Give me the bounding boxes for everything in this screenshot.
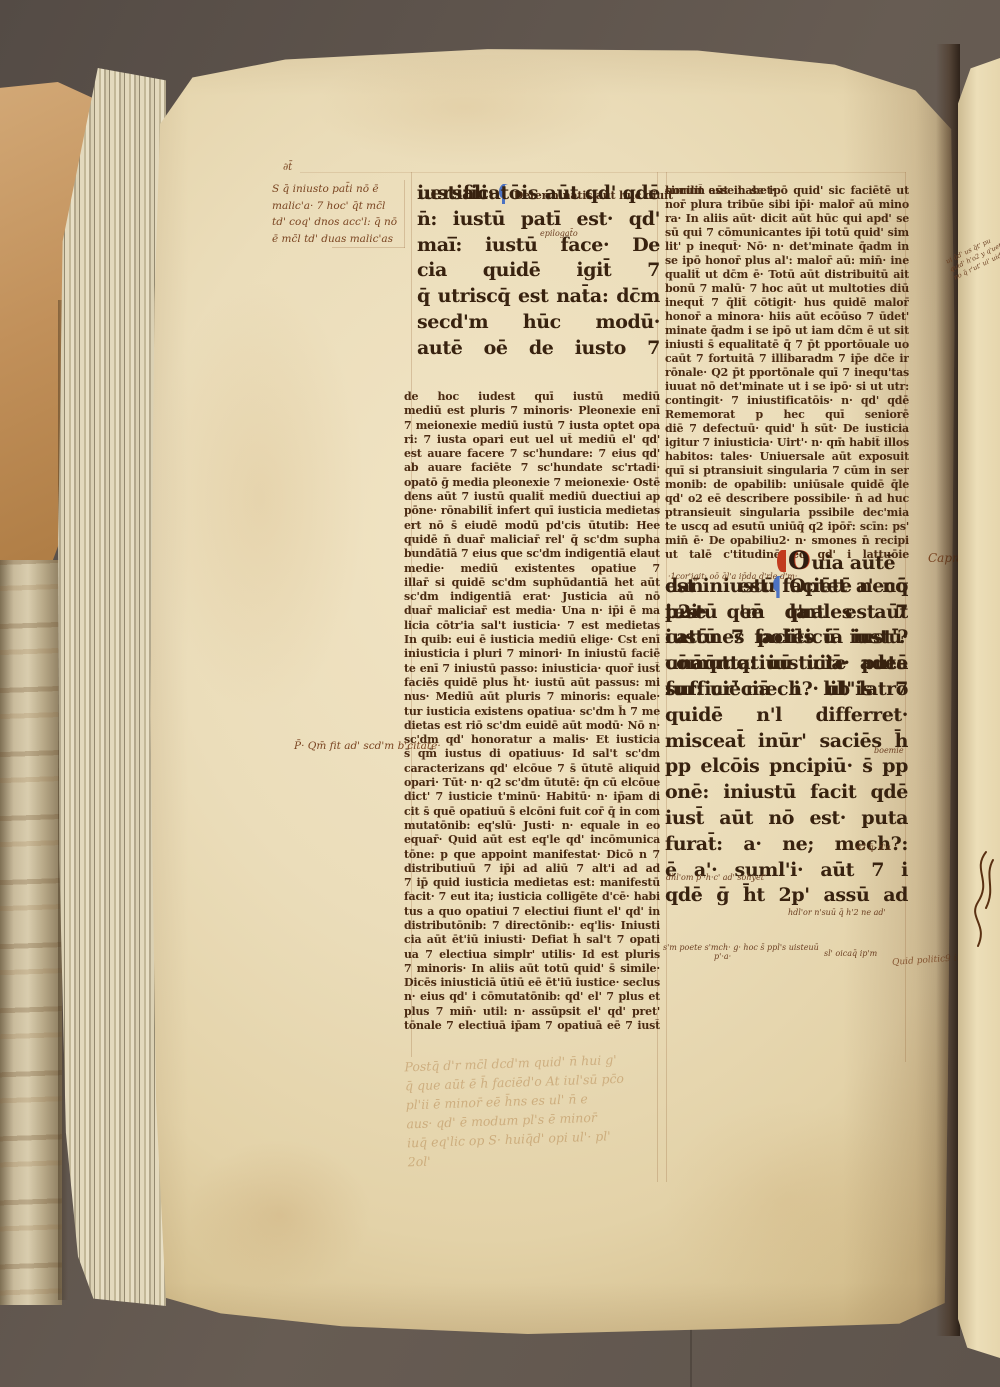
text-line: tere q'm q'nt est 7 simpliat̄ bbox=[665, 600, 908, 626]
text-line: s̄ qm̄ iustus di opatiuus· Id sal't sc'd… bbox=[404, 747, 660, 761]
initial-line: O uia autē bbox=[665, 548, 908, 574]
text-line: distributiuū 7 ip̄i ad aliū 7 alt'i ad a… bbox=[404, 862, 660, 876]
text-line: medie· mediū existentes opatiue 7 electi… bbox=[404, 562, 660, 576]
text-line: facit· 7 eut ita; iusticia colligēte d'c… bbox=[404, 890, 660, 904]
text-line: cōmuttatiuū uite adeē pse bbox=[665, 651, 908, 677]
gutter-shadow bbox=[936, 44, 960, 1336]
text-line: iustū 7 politicū iustū· Hoc ā bbox=[665, 625, 908, 651]
page-stack-edges bbox=[56, 68, 166, 1306]
text-line: mai̅: iustū face· De iusti bbox=[417, 233, 660, 259]
interlinear-gloss: ·1cor'igit· oō q̄l'a ip̄da d'rle d'm· bbox=[668, 572, 797, 581]
text-line: duar̄ maliciar̄ est media· Una n· ip̄i ē… bbox=[404, 604, 660, 618]
text-line: nus· Mediū aūt pluris 7 minoris: equale· bbox=[404, 690, 660, 704]
text-line: iustificatōis aūt qd' qdē iu bbox=[417, 181, 660, 207]
text-line: n· eius qd' i cōmutatōnib: qd' el' 7 plu… bbox=[404, 990, 660, 1004]
manuscript-photo: iustificatōis aūt qd' qdē iun̄: iustū pa… bbox=[0, 0, 1000, 1387]
text-line: misceat̄ inūr' saciēs h̄ ciu s̄ h̄ bbox=[665, 729, 908, 755]
text-line: rōnale· Q2 p̄t pportōnale quī 7 inequ'ta… bbox=[665, 366, 909, 380]
text-line: ptransieuit singularia pssibile dec'mia bbox=[665, 506, 909, 520]
right-column-small-text: similit̄ aūt in se ipō quid' sic faciētē… bbox=[665, 184, 909, 198]
text-line: sufficiēciā i lib'is 7 eq'libus bbox=[665, 677, 908, 703]
text-line: cia aūt ēt'iū iniusti· Defiat h̄ sal't 7… bbox=[404, 933, 660, 947]
text-line: ert nō s̄ eiudē modū pd'cis ūtutib: Hee bbox=[404, 519, 660, 533]
text-line: ra· In aliis aūt· dicit aūt hūc qui apd'… bbox=[665, 212, 909, 226]
margin-note-line: td' coq' dnos acc'l: q̄ nō bbox=[272, 214, 410, 231]
ruling-line-horizontal bbox=[300, 172, 906, 173]
text-line: tōnale 7 electiuā ip̄am 7 opatiuā eē 7 i… bbox=[404, 1019, 660, 1033]
text-line: mediū est pluris 7 minoris· Pleonexie en… bbox=[404, 404, 660, 418]
interlinear-gloss: p'·a· bbox=[714, 952, 731, 961]
parchment-stain bbox=[160, 250, 410, 870]
red-paraph-icon bbox=[777, 550, 786, 572]
decorated-initial: O bbox=[788, 548, 809, 574]
text-line: opatō ḡ media pleonexie 7 meionexie· Ost… bbox=[404, 476, 660, 490]
text-line: caūt 7 fortuitā 7 illibaradm 7 ip̄e dc̄e… bbox=[665, 352, 909, 366]
text-line: qualit̄ ut dc̄m ē· Totū aūt distribuitū … bbox=[665, 268, 909, 282]
text-line: igitur 7 iniusticia· Uirt'· n· qm̄ habit… bbox=[665, 436, 909, 450]
margin-note-line: S q̄ iniusto pat̄i nō ē bbox=[272, 181, 410, 198]
interlinear-gloss: s'm poete s'mch· g· hoc s̄ ppl's uisteuū bbox=[663, 943, 819, 952]
interlinear-gloss: sl' oicaq̄ ip'm bbox=[824, 949, 877, 958]
text-line: quidē n'l differret· eteni si cō bbox=[665, 703, 908, 729]
text-line: qdē ḡ h̄t 2p' assū ad iustū: bbox=[665, 883, 908, 909]
text-line: n̄: iustū patī est· qd' autē bbox=[417, 207, 660, 233]
text-line: autē oē de iusto 7 iniusto uni bbox=[417, 336, 660, 362]
text-line: lit' p inequt̄· Nō· n· det'minate q̄adm … bbox=[665, 240, 909, 254]
parchment-stain bbox=[165, 1120, 395, 1310]
interlinear-gloss: hdl'or n'suū q̄ h'2 ne ad' bbox=[788, 908, 886, 917]
text-line: dict' 7 iusticie t'minū· Habitū· n· ip̄a… bbox=[404, 790, 660, 804]
text-line: quī si ptransiuit singularia 7 cūm in se… bbox=[665, 464, 909, 478]
margin-note-line: ē mc̄l td' duas malic'as bbox=[272, 231, 410, 248]
text-line: licia cōtr'ia sal't iusticia· 7 est medi… bbox=[404, 619, 660, 633]
text-line: inequt̄ 7 q̄lit̄ cōtigit· hus quidē malo… bbox=[665, 296, 909, 310]
text-line: diē 7 defectuū· quid' h̄ sūt· De iustici… bbox=[665, 422, 909, 436]
text-line: distributōnib: 7 directōnib:· eq'lis· In… bbox=[404, 919, 660, 933]
interlinear-gloss: epilogat̄o bbox=[540, 229, 578, 238]
text-line: sū qui 7 cōmunicantes ip̄i totū quid' si… bbox=[665, 226, 909, 240]
text-line: te enī 7 iniustū passo: iniusticia· quor… bbox=[404, 662, 660, 676]
text-line: pōne· rōnabilit̄ infert quī iusticia med… bbox=[404, 504, 660, 518]
erased-annotation-block: Postq̄ d'r mc̄l dcd'm quid' n̄ hui g'q̄ … bbox=[404, 1047, 718, 1172]
interlinear-gloss: dhl'om p'·h·c' ad' sohyet' bbox=[666, 873, 766, 882]
text-line: tus a quo opatiui 7 electiui fiunt el' q… bbox=[404, 905, 660, 919]
margin-note-frame bbox=[332, 247, 405, 248]
text-line: iniusti s̄ equalitatē q̄ 7 p̄t pportōual… bbox=[665, 338, 909, 352]
text-line: habitos: tales· Uniuersale aūt exposuit bbox=[665, 450, 909, 464]
text-line: iust̄ aūt nō est· puta ne; fur bbox=[665, 806, 908, 832]
text-line: 7 minoris· In aliis aūt totū quid' s̄ si… bbox=[404, 962, 660, 976]
text-line: sc'dm indigentiā erat· Justicia aū nō ad… bbox=[404, 590, 660, 604]
text-line: caracterizans qd' elcōue 7 s̄ ūtutē aliq… bbox=[404, 762, 660, 776]
text-line: iuuat nō det'minate ut i se ipō· si ut u… bbox=[665, 380, 909, 394]
text-line: minate q̄adm i se ipō ut iam dc̄m ē ut s… bbox=[665, 324, 909, 338]
text-line: de hoc iudest quī iustū mediū bbox=[404, 390, 660, 404]
text-line: min̄ ē· De opabiliu2· n· smones n̄ recip… bbox=[665, 534, 909, 548]
text-line: cia quidē igit̄ 7 iniusticia bbox=[417, 258, 660, 284]
mid-left-margin-note: P̄· Qm̄ fit ad' scd'm b'citate· bbox=[294, 740, 441, 752]
text-line: nor̄ plura tribūe sibi ip̄i· malor̄ aū m… bbox=[665, 198, 909, 212]
top-left-margin-note: S q̄ iniusto pat̄i nō ēmalic'a· 7 hoc' q… bbox=[272, 181, 410, 247]
text-line: equar̄· Quid aūt est eq'le qd' incōmunic… bbox=[404, 833, 660, 847]
text-line: plus 7 min̄· util: n· assūpsit el' qd' p… bbox=[404, 1005, 660, 1019]
text-line: ri: 7 iusta opari eut uel ut̄ mediū el' … bbox=[404, 433, 660, 447]
text-line: Rememorat p hec quī seniorē seh'undātiam bbox=[665, 408, 909, 422]
text-line: dens aūt 7 iustū qualit̄ mediū duectiui … bbox=[404, 490, 660, 504]
text-line: iniusticia i pluri 7 minori· In iniustū … bbox=[404, 647, 660, 661]
left-column-large-text: iustificatōis aūt qd' qdē iun̄: iustū pa… bbox=[417, 181, 660, 207]
text-line: est auare facere 7 sc'hundare: 7 eius qd… bbox=[404, 447, 660, 461]
margin-mark: ∂t̄ bbox=[283, 162, 292, 173]
text-line: dietas est riō sc'dm euidē aūt modū· Nō … bbox=[404, 719, 660, 733]
text-line: opari· Tūt· n· q2 sc'dm ūtutē: q̄n cū el… bbox=[404, 776, 660, 790]
text-line: faciēs quidē plus h̄t· iustū aūt passus:… bbox=[404, 676, 660, 690]
text-line: sc'dm qd' honoratur a malis· Et iusticia… bbox=[404, 733, 660, 747]
binding-spine bbox=[0, 560, 62, 1305]
text-line: In quib: eui ē iusticia mediū elige· Cst… bbox=[404, 633, 660, 647]
margin-note-line: malic'a· 7 hoc' q̄t mc̄l bbox=[272, 198, 410, 215]
text-line: mutatōnib: eq'slū· Justi· n· equale in e… bbox=[404, 819, 660, 833]
text-line: te uscq ad esutū uniūq̄ q2 ipōr̄: scīn: … bbox=[665, 520, 909, 534]
right-margin-gloss: boemie bbox=[874, 746, 904, 755]
text-line: 7 meionexie mediū iustū 7 iusta optet op… bbox=[404, 419, 660, 433]
text-line: Dicēs iniusticiā ūtiū eē ēt'iū iustice· … bbox=[404, 976, 660, 990]
right-margin-gloss: ō2 q̄· d'a bbox=[856, 843, 891, 852]
text-line: bundātiā 7 eius que sc'dm indigentiā ela… bbox=[404, 547, 660, 561]
text-line: monib: de opabilib: uniūsale quidē q̄le bbox=[665, 478, 909, 492]
text-line: 7 ip̄ quid iusticia medietas est: manife… bbox=[404, 876, 660, 890]
text-line: quidē n̄ duar̄ maliciar̄ rel' q̄ sc'dm s… bbox=[404, 533, 660, 547]
text-line: secd'm hūc modū· Similiter bbox=[417, 310, 660, 336]
text-line: cit s̄ quē opatiuū s̄ elcōni fuit cor̄ q… bbox=[404, 805, 660, 819]
text-line: bonū 7 malū· 7 hoc aūt ut multoties diū bbox=[665, 282, 909, 296]
next-page-flourish-icon bbox=[966, 850, 996, 960]
text-line: tōne: p que appoint manifestat· Dicō n 7 bbox=[404, 848, 660, 862]
text-line: honor̄ a minora· hiis aūt ecōūso 7 ūdet' bbox=[665, 310, 909, 324]
text-line: ab auare faciēte 7 sc'hundate sc'rtadi· … bbox=[404, 461, 660, 475]
text-line: similit̄ aūt in se ipō quid' sic faciētē… bbox=[665, 184, 909, 198]
text-line: se ipō honor̄ plus al': malor̄ aū: min̄·… bbox=[665, 254, 909, 268]
text-line: ua 7 electiua simplr' utilis· Id est plu… bbox=[404, 948, 660, 962]
text-line: onē: iniustū facit qdē igit̄· in bbox=[665, 780, 908, 806]
text-line: contingit· 7 iniustificatōis· n· qd' qdē… bbox=[665, 394, 909, 408]
text-line: qd' o2 eē describere possibile· n̄ ad hu… bbox=[665, 492, 909, 506]
text-line: q̄ utriscq̄ est nat̄a: dc̄m sic bbox=[417, 284, 660, 310]
text-line: pp elcōis pncipiū· s̄ pp passī bbox=[665, 754, 908, 780]
text-line: illar̄ si quidē sc'dm suphūdantiā het aū… bbox=[404, 576, 660, 590]
text-line: tur iusticia existens opatiua· sc'dm h̄ … bbox=[404, 705, 660, 719]
parchment-stain bbox=[300, 55, 630, 185]
